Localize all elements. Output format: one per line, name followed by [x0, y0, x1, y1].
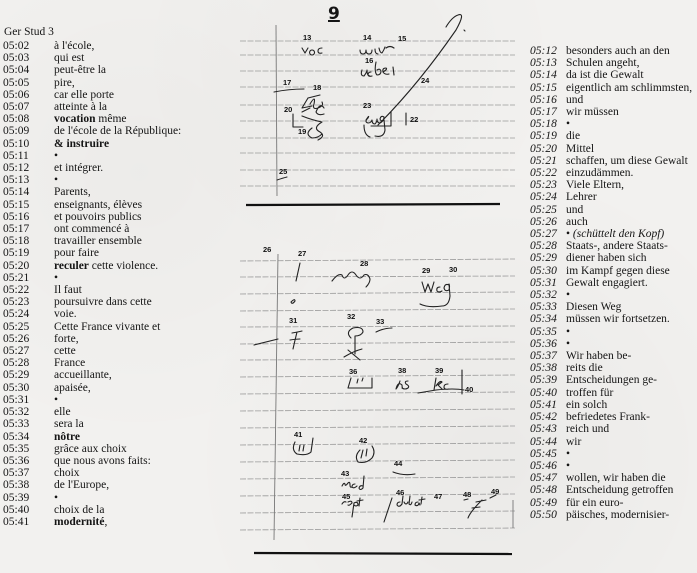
transcript-text: • [54, 174, 239, 186]
timestamp: 05:42 [530, 411, 566, 423]
transcript-row: 05:38reits die [530, 362, 697, 374]
svg-text:40: 40 [465, 385, 473, 394]
transcript-text: reits die [566, 362, 697, 374]
svg-text:15: 15 [398, 34, 406, 43]
transcript-text: ont commencé à [54, 223, 239, 235]
svg-text:29: 29 [422, 266, 430, 275]
transcript-row: 05:34müssen wir fortsetzen. [530, 313, 697, 325]
timestamp: 05:34 [3, 431, 54, 443]
transcript-row: 05:35grâce aux choix [3, 443, 239, 455]
emphasized-word: & instruire [54, 138, 109, 150]
transcript-text: & instruire [54, 138, 239, 150]
plain-text: für ein euro- [566, 497, 623, 509]
plain-text: Viele Eltern, [566, 179, 624, 191]
timestamp: 05:07 [3, 101, 54, 113]
plain-text: que nous avons faits: [54, 455, 151, 467]
transcript-text: müssen wir fortsetzen. [566, 313, 697, 325]
timestamp: 05:04 [3, 64, 54, 76]
plain-text: à l'école, [54, 40, 94, 52]
plain-text: die [566, 130, 580, 142]
timestamp: 05:15 [530, 82, 566, 94]
timestamp: 05:35 [3, 443, 54, 455]
timestamp: 05:28 [530, 240, 566, 252]
transcript-text: für ein euro- [566, 497, 697, 509]
annotation-labels: 26 27 28 29 30 31 32 33 36 38 39 40 41 4… [263, 245, 499, 501]
transcript-text: • [54, 150, 239, 162]
transcript-text: elle [54, 406, 239, 418]
transcript-row: 05:18travailler ensemble [3, 235, 239, 247]
transcript-row: 05:29accueillante, [3, 369, 239, 381]
transcript-row: 05:15eigentlich am schlimmsten, [530, 82, 697, 94]
margin-line [274, 254, 278, 540]
transcript-text: eigentlich am schlimmsten, [566, 82, 697, 94]
timestamp: 05:38 [530, 362, 566, 374]
plain-text: poursuivre dans cette [54, 296, 152, 308]
svg-text:14: 14 [363, 33, 372, 42]
transcript-text: Viele Eltern, [566, 179, 697, 191]
timestamp: 05:09 [3, 125, 54, 137]
transcript-row: 05:36que nous avons faits: [3, 455, 239, 467]
timestamp: 05:28 [3, 357, 54, 369]
transcript-row: 05:43reich und [530, 423, 697, 435]
timestamp: 05:41 [530, 399, 566, 411]
transcript-row: 05:26auch [530, 216, 697, 228]
transcript-text: besonders auch an den [566, 45, 697, 57]
plain-text: wollen, wir haben die [566, 472, 666, 484]
annotation-labels: 13 14 15 16 17 18 19 20 22 23 24 25 [279, 33, 430, 176]
transcript-text: forte, [54, 333, 239, 345]
transcript-text: de l'école de la République: [54, 125, 239, 137]
plain-text: qui est [54, 52, 84, 64]
svg-text:26: 26 [263, 245, 271, 254]
plain-text: reits die [566, 362, 603, 374]
svg-text:22: 22 [410, 115, 418, 124]
plain-text: schaffen, um diese Gewalt [566, 155, 688, 167]
timestamp: 05:10 [3, 138, 54, 150]
plain-text: Schulen angeht, [566, 57, 639, 69]
timestamp: 05:25 [3, 321, 54, 333]
timestamp: 05:31 [3, 394, 54, 406]
transcript-text: päisches, modernisier- [566, 509, 697, 521]
german-transcript-column: 05:12besonders auch an den05:13Schulen a… [530, 45, 697, 521]
plain-text: Gewalt engagiert. [566, 277, 648, 289]
transcript-text: grâce aux choix [54, 443, 239, 455]
transcript-row: 05:13• [3, 174, 239, 186]
timestamp: 05:27 [3, 345, 54, 357]
plain-text: • [566, 118, 570, 130]
timestamp: 05:22 [530, 167, 566, 179]
transcript-row: 05:17wir müssen [530, 106, 697, 118]
plain-text: und [566, 94, 583, 106]
timestamp: 05:32 [3, 406, 54, 418]
notepad-upper-sheet: 13 14 15 16 17 18 19 20 22 23 24 25 [250, 0, 530, 210]
transcript-row: 05:25Cette France vivante et [3, 321, 239, 333]
transcript-text: im Kampf gegen diese [566, 265, 697, 277]
transcript-text: Staats-, andere Staats- [566, 240, 697, 252]
transcript-text: wir [566, 436, 697, 448]
transcript-text: et pouvoirs publics [54, 211, 239, 223]
timestamp: 05:29 [3, 369, 54, 381]
timestamp: 05:17 [530, 106, 566, 118]
transcript-text: • (schüttelt den Kopf) [566, 228, 697, 240]
timestamp: 05:38 [3, 479, 54, 491]
plain-text: ont commencé à [54, 223, 129, 235]
transcript-text: reculer cette violence. [54, 260, 239, 272]
plain-text: Parents, [54, 186, 91, 198]
svg-text:44: 44 [394, 459, 403, 468]
transcript-row: 05:20reculer cette violence. [3, 260, 239, 272]
timestamp: 05:46 [530, 460, 566, 472]
svg-text:38: 38 [398, 366, 406, 375]
transcript-row: 05:08vocation même [3, 113, 239, 125]
plain-text: Lehrer [566, 191, 597, 203]
transcript-row: 05:11• [3, 150, 239, 162]
transcript-text: Entscheidung getroffen [566, 484, 697, 496]
plain-text: befriedetes Frank- [566, 411, 650, 423]
svg-text:24: 24 [421, 76, 430, 85]
timestamp: 05:49 [530, 497, 566, 509]
transcript-row: 05:22Il faut [3, 284, 239, 296]
transcript-text: atteinte à la [54, 101, 239, 113]
timestamp: 05:05 [3, 77, 54, 89]
transcript-text: • [566, 118, 697, 130]
plain-text: et pouvoirs publics [54, 211, 142, 223]
transcript-row: 05:22einzudämmen. [530, 167, 697, 179]
emphasized-word: nôtre [54, 431, 80, 443]
transcript-row: 05:33sera la [3, 418, 239, 430]
transcript-text: • [54, 492, 239, 504]
transcript-text: Il faut [54, 284, 239, 296]
transcript-text: einzudämmen. [566, 167, 697, 179]
transcript-text: Schulen angeht, [566, 57, 697, 69]
timestamp: 05:37 [530, 350, 566, 362]
transcript-text: qui est [54, 52, 239, 64]
french-transcript-column: Ger Stud 3 05:02à l'école,05:03qui est05… [3, 26, 239, 528]
transcript-text: troffen für [566, 387, 697, 399]
plain-text: im Kampf gegen diese [566, 265, 670, 277]
transcript-row: 05:40choix de la [3, 504, 239, 516]
transcript-text: Lehrer [566, 191, 697, 203]
transcript-row: 05:39Entscheidungen ge- [530, 374, 697, 386]
svg-text:32: 32 [347, 312, 355, 321]
timestamp: 05:39 [3, 492, 54, 504]
timestamp: 05:14 [3, 186, 54, 198]
svg-text:18: 18 [313, 83, 321, 92]
svg-text:33: 33 [376, 317, 384, 326]
timestamp: 05:32 [530, 289, 566, 301]
timestamp: 05:19 [3, 247, 54, 259]
transcript-text: auch [566, 216, 697, 228]
transcript-row: 05:09de l'école de la République: [3, 125, 239, 137]
transcript-row: 05:19die [530, 130, 697, 142]
transcript-text: wollen, wir haben die [566, 472, 697, 484]
transcript-row: 05:38de l'Europe, [3, 479, 239, 491]
timestamp: 05:19 [530, 130, 566, 142]
plain-text: reich und [566, 423, 609, 435]
transcript-text: Entscheidungen ge- [566, 374, 697, 386]
transcript-row: 05:37choix [3, 467, 239, 479]
transcript-text: que nous avons faits: [54, 455, 239, 467]
timestamp: 05:26 [530, 216, 566, 228]
transcript-row: 05:12besonders auch an den [530, 45, 697, 57]
plain-text: ein solch [566, 399, 607, 411]
svg-text:45: 45 [342, 492, 350, 501]
plain-text: • [54, 394, 58, 406]
timestamp: 05:13 [530, 57, 566, 69]
transcript-text: vocation même [54, 113, 239, 125]
timestamp: 05:21 [3, 272, 54, 284]
svg-text:42: 42 [359, 436, 367, 445]
svg-text:28: 28 [360, 259, 368, 268]
transcript-row: 05:42befriedetes Frank- [530, 411, 697, 423]
plain-text: choix [54, 467, 80, 479]
transcript-text: • [566, 460, 697, 472]
plain-text: peut-être la [54, 64, 106, 76]
plain-text: wir [566, 436, 581, 448]
plain-text: même [96, 113, 127, 125]
transcript-row: 05:17ont commencé à [3, 223, 239, 235]
transcript-row: 05:15enseignants, élèves [3, 199, 239, 211]
transcript-text: cette [54, 345, 239, 357]
timestamp: 05:18 [3, 235, 54, 247]
svg-text:19: 19 [298, 127, 306, 136]
margin-line [276, 25, 277, 196]
timestamp: 05:50 [530, 509, 566, 521]
emphasized-word: reculer [54, 260, 89, 272]
transcript-text: schaffen, um diese Gewalt [566, 155, 697, 167]
plain-text: forte, [54, 333, 79, 345]
transcript-text: • [566, 448, 697, 460]
timestamp: 05:33 [530, 301, 566, 313]
plain-text: • [54, 492, 58, 504]
timestamp: 05:08 [3, 113, 54, 125]
transcript-row: 05:48Entscheidung getroffen [530, 484, 697, 496]
transcript-text: da ist die Gewalt [566, 69, 697, 81]
transcript-row: 05:06car elle porte [3, 89, 239, 101]
transcript-row: 05:31• [3, 394, 239, 406]
plain-text: • [54, 150, 58, 162]
timestamp: 05:36 [530, 338, 566, 350]
transcript-row: 05:35• [530, 326, 697, 338]
plain-text: müssen wir fortsetzen. [566, 313, 670, 325]
transcript-row: 05:36• [530, 338, 697, 350]
transcript-row: 05:33Diesen Weg [530, 301, 697, 313]
timestamp: 05:41 [3, 516, 54, 528]
transcript-row: 05:26forte, [3, 333, 239, 345]
transcript-text: Cette France vivante et [54, 321, 239, 333]
french-transcript-list: 05:02à l'école,05:03qui est05:04peut-êtr… [3, 40, 239, 528]
plain-text: apaisée, [54, 382, 91, 394]
transcript-text: nôtre [54, 431, 239, 443]
transcript-row: 05:25und [530, 204, 697, 216]
transcript-text: peut-être la [54, 64, 239, 76]
transcript-text: Wir haben be- [566, 350, 697, 362]
plain-text: und [566, 204, 583, 216]
transcript-text: diener haben sich [566, 252, 697, 264]
transcript-text: poursuivre dans cette [54, 296, 239, 308]
timestamp: 05:36 [3, 455, 54, 467]
timestamp: 05:21 [530, 155, 566, 167]
timestamp: 05:03 [3, 52, 54, 64]
timestamp: 05:12 [3, 162, 54, 174]
transcript-row: 05:04peut-être la [3, 64, 239, 76]
transcript-row: 05:46• [530, 460, 697, 472]
timestamp: 05:40 [3, 504, 54, 516]
transcript-text: • [54, 394, 239, 406]
timestamp: 05:16 [530, 94, 566, 106]
transcript-row: 05:44wir [530, 436, 697, 448]
plain-text: grâce aux choix [54, 443, 127, 455]
plain-text: auch [566, 216, 588, 228]
svg-text:36: 36 [349, 367, 357, 376]
svg-text:13: 13 [303, 33, 311, 42]
transcript-text: befriedetes Frank- [566, 411, 697, 423]
notepad-lower-sheet: 26 27 28 29 30 31 32 33 36 38 39 40 41 4… [250, 240, 530, 573]
transcript-row: 05:24Lehrer [530, 191, 697, 203]
timestamp: 05:24 [530, 191, 566, 203]
transcript-row: 05:03qui est [3, 52, 239, 64]
plain-text: Mittel [566, 143, 594, 155]
transcript-row: 05:18• [530, 118, 697, 130]
timestamp: 05:30 [3, 382, 54, 394]
transcript-text: • [566, 289, 697, 301]
transcript-row: 05:12et intégrer. [3, 162, 239, 174]
svg-text:20: 20 [284, 105, 292, 114]
plain-text: • [566, 326, 570, 338]
transcript-text: France [54, 357, 239, 369]
transcript-row: 05:16et pouvoirs publics [3, 211, 239, 223]
emphasized-word: modernité [54, 516, 104, 528]
plain-text: Staats-, andere Staats- [566, 240, 668, 252]
timestamp: 05:34 [530, 313, 566, 325]
plain-text: choix de la [54, 504, 104, 516]
transcript-row: 05:28France [3, 357, 239, 369]
transcript-text: Parents, [54, 186, 239, 198]
plain-text: Entscheidung getroffen [566, 484, 673, 496]
timestamp: 05:18 [530, 118, 566, 130]
transcript-row: 05:50päisches, modernisier- [530, 509, 697, 521]
transcript-text: choix [54, 467, 239, 479]
timestamp: 05:06 [3, 89, 54, 101]
transcript-text: und [566, 204, 697, 216]
plain-text: elle [54, 406, 71, 418]
transcript-row: 05:45• [530, 448, 697, 460]
timestamp: 05:12 [530, 45, 566, 57]
timestamp: 05:23 [530, 179, 566, 191]
plain-text: enseignants, élèves [54, 199, 142, 211]
document-title: Ger Stud 3 [4, 26, 239, 39]
svg-text:49: 49 [491, 487, 499, 496]
transcript-row: 05:02à l'école, [3, 40, 239, 52]
timestamp: 05:20 [3, 260, 54, 272]
timestamp: 05:45 [530, 448, 566, 460]
transcript-row: 05:41modernité, [3, 516, 239, 528]
transcript-row: 05:13Schulen angeht, [530, 57, 697, 69]
timestamp: 05:15 [3, 199, 54, 211]
transcript-row: 05:19pour faire [3, 247, 239, 259]
plain-text: cette [54, 345, 76, 357]
transcript-row: 05:37Wir haben be- [530, 350, 697, 362]
svg-text:48: 48 [463, 490, 471, 499]
svg-text:39: 39 [435, 366, 443, 375]
transcript-text: pour faire [54, 247, 239, 259]
transcript-row: 05:23Viele Eltern, [530, 179, 697, 191]
timestamp: 05:35 [530, 326, 566, 338]
ruled-lines [240, 259, 515, 530]
svg-text:43: 43 [341, 469, 349, 478]
transcript-row: 05:14Parents, [3, 186, 239, 198]
plain-text: , [104, 516, 107, 528]
plain-text: eigentlich am schlimmsten, [566, 82, 692, 94]
timestamp: 05:33 [3, 418, 54, 430]
timestamp: 05:31 [530, 277, 566, 289]
transcript-row: 05:10& instruire [3, 138, 239, 150]
transcript-row: 05:05pire, [3, 77, 239, 89]
section-separator [254, 553, 512, 554]
svg-text:31: 31 [289, 316, 297, 325]
plain-text: pire, [54, 77, 75, 89]
timestamp: 05:43 [530, 423, 566, 435]
transcript-text: die [566, 130, 697, 142]
plain-text: • [566, 460, 570, 472]
timestamp: 05:40 [530, 387, 566, 399]
plain-text: pour faire [54, 247, 99, 259]
plain-text: cette violence. [89, 260, 158, 272]
ruled-lines [240, 41, 515, 186]
transcript-text: enseignants, élèves [54, 199, 239, 211]
timestamp: 05:44 [530, 436, 566, 448]
transcript-row: 05:07atteinte à la [3, 101, 239, 113]
transcript-row: 05:23poursuivre dans cette [3, 296, 239, 308]
plain-text: einzudämmen. [566, 167, 633, 179]
timestamp: 05:48 [530, 484, 566, 496]
transcript-row: 05:29diener haben sich [530, 252, 697, 264]
transcript-text: voie. [54, 308, 239, 320]
timestamp: 05:25 [530, 204, 566, 216]
svg-text:16: 16 [365, 56, 373, 65]
timestamp: 05:11 [3, 150, 54, 162]
timestamp: 05:26 [3, 333, 54, 345]
svg-text:27: 27 [298, 249, 306, 258]
timestamp: 05:39 [530, 374, 566, 386]
transcript-row: 05:40troffen für [530, 387, 697, 399]
svg-text:30: 30 [449, 265, 457, 274]
plain-text: Il faut [54, 284, 82, 296]
stage-direction: (schüttelt den Kopf) [573, 228, 664, 240]
transcript-text: sera la [54, 418, 239, 430]
plain-text: da ist die Gewalt [566, 69, 644, 81]
transcript-row: 05:24voie. [3, 308, 239, 320]
notepad-upper-drawing: 13 14 15 16 17 18 19 20 22 23 24 25 [250, 0, 530, 210]
transcript-row: 05:16und [530, 94, 697, 106]
transcript-text: travailler ensemble [54, 235, 239, 247]
german-transcript-list: 05:12besonders auch an den05:13Schulen a… [530, 45, 697, 521]
svg-text:41: 41 [294, 430, 302, 439]
transcript-text: et intégrer. [54, 162, 239, 174]
transcript-text: car elle porte [54, 89, 239, 101]
plain-text: troffen für [566, 387, 613, 399]
timestamp: 05:23 [3, 296, 54, 308]
timestamp: 05:16 [3, 211, 54, 223]
transcript-row: 05:28Staats-, andere Staats- [530, 240, 697, 252]
plain-text: diener haben sich [566, 252, 646, 264]
transcript-row: 05:30apaisée, [3, 382, 239, 394]
transcript-row: 05:27cette [3, 345, 239, 357]
transcript-text: à l'école, [54, 40, 239, 52]
transcript-row: 05:21schaffen, um diese Gewalt [530, 155, 697, 167]
transcript-row: 05:20Mittel [530, 143, 697, 155]
plain-text: de l'Europe, [54, 479, 109, 491]
